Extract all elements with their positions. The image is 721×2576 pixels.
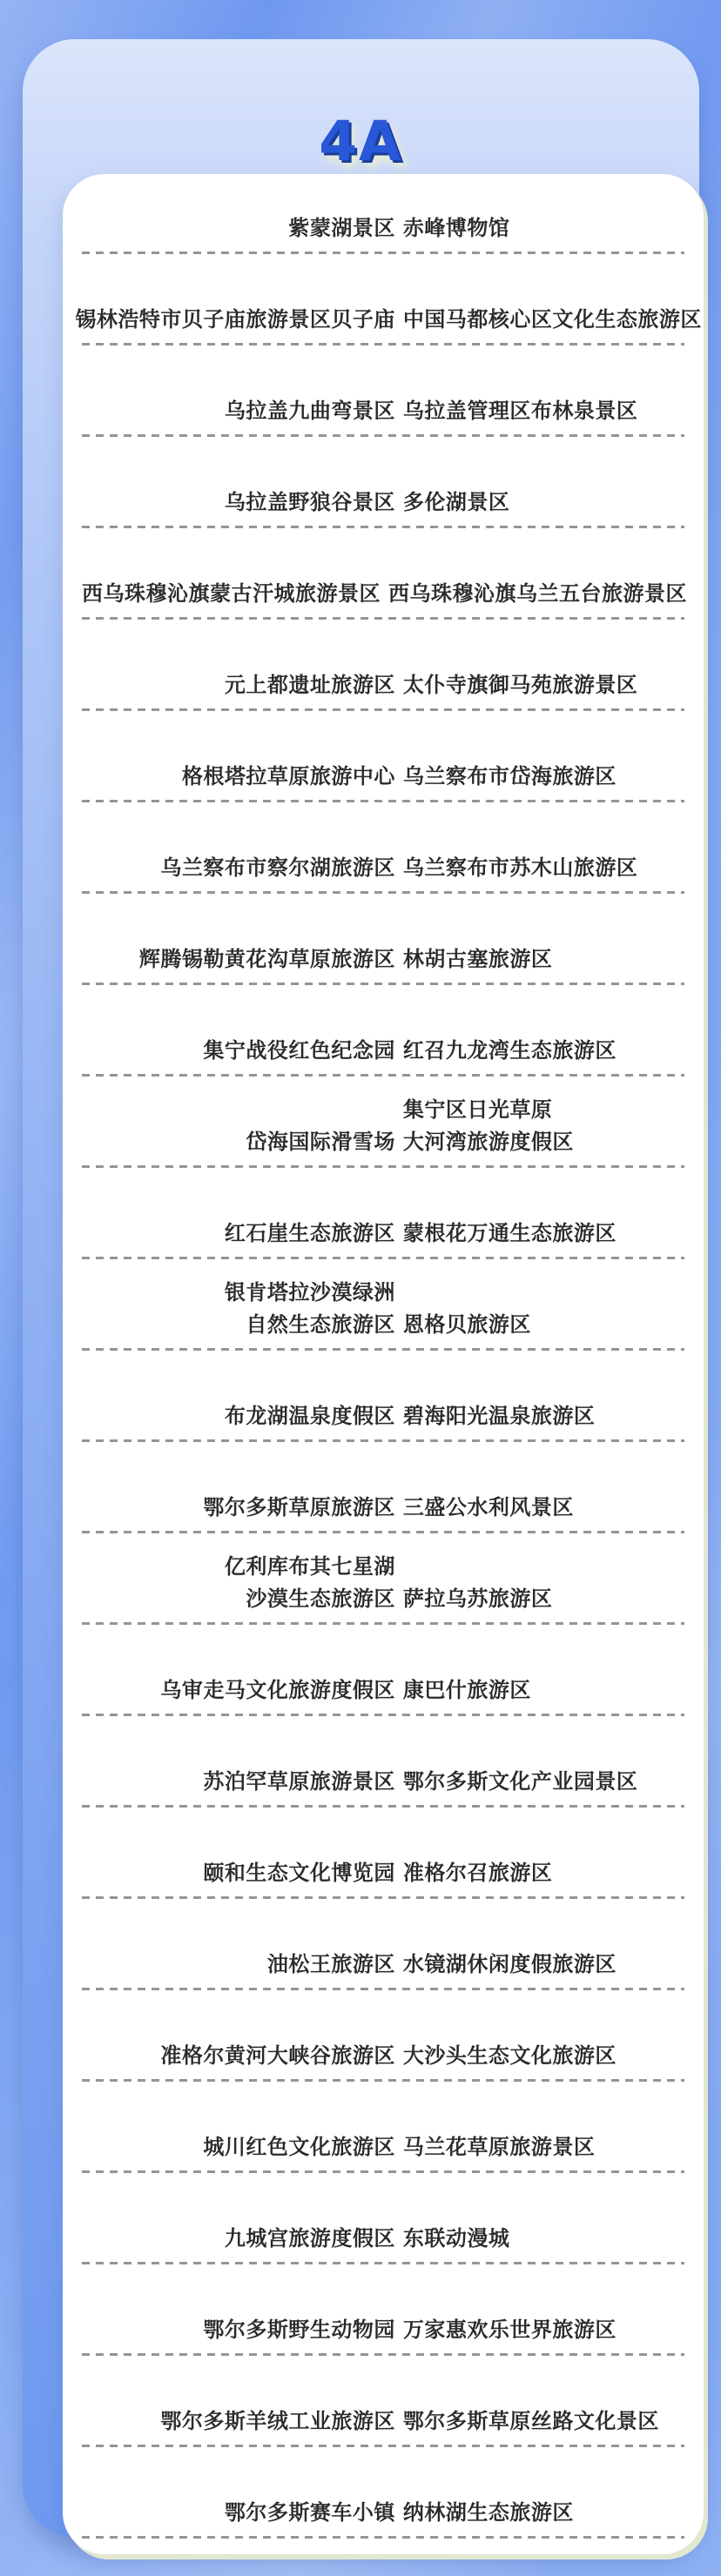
attraction-name: 碧海阳光温泉旅游区 [403, 1400, 596, 1432]
row-right-cell: 准格尔召旅游区 [395, 1857, 684, 1899]
row-right-cell: 集宁区日光草原大河湾旅游度假区 [395, 1094, 684, 1168]
attraction-name: 辉腾锡勒黄花沟草原旅游区 [139, 943, 395, 976]
row-right-cell: 西乌珠穆沁旗乌兰五台旅游景区 [381, 578, 687, 620]
attraction-name: 水镜湖休闲度假旅游区 [403, 1949, 617, 1981]
attraction-name: 准格尔黄河大峡谷旅游区 [160, 2040, 395, 2072]
attraction-name: 元上都遗址旅游区 [225, 669, 395, 701]
row-left-cell: 银肯塔拉沙漠绿洲自然生态旅游区 [82, 1277, 395, 1351]
list-row: 鄂尔多斯赛车小镇纳林湖生态旅游区 [82, 2447, 684, 2539]
attraction-name: 纳林湖生态旅游区 [403, 2497, 574, 2529]
attraction-name: 乌拉盖九曲弯景区 [225, 395, 395, 427]
row-left-cell: 西乌珠穆沁旗蒙古汗城旅游景区 [82, 578, 381, 620]
attraction-name: 鄂尔多斯草原丝路文化景区 [403, 2405, 659, 2438]
attraction-name: 大河湾旅游度假区 [403, 1126, 574, 1158]
attractions-list: 紫蒙湖景区赤峰博物馆锡林浩特市贝子庙旅游景区贝子庙中国马都核心区文化生态旅游区乌… [82, 174, 684, 2539]
list-row: 乌兰察布市察尔湖旅游区乌兰察布市苏木山旅游区 [82, 802, 684, 894]
row-left-cell: 红石崖生态旅游区 [82, 1218, 395, 1259]
row-left-cell: 岱海国际滑雪场 [82, 1126, 395, 1168]
row-right-cell: 赤峰博物馆 [395, 212, 684, 254]
attraction-name: 鄂尔多斯赛车小镇 [225, 2497, 395, 2529]
attraction-name: 西乌珠穆沁旗蒙古汗城旅游景区 [82, 578, 381, 610]
attraction-name: 城川红色文化旅游区 [203, 2131, 395, 2163]
row-right-cell: 林胡古塞旅游区 [395, 943, 684, 985]
attraction-name: 乌审走马文化旅游度假区 [160, 1674, 395, 1707]
list-row: 九城宫旅游度假区东联动漫城 [82, 2173, 684, 2264]
attraction-name: 赤峰博物馆 [403, 212, 510, 245]
attraction-name: 乌兰察布市岱海旅游区 [403, 761, 617, 793]
grade-badge-panel: 4A 紫蒙湖景区赤峰博物馆锡林浩特市贝子庙旅游景区贝子庙中国马都核心区文化生态旅… [23, 39, 699, 2537]
attraction-name: 油松王旅游区 [267, 1949, 395, 1981]
row-right-cell: 恩格贝旅游区 [395, 1309, 684, 1351]
attraction-name: 蒙根花万通生态旅游区 [403, 1218, 617, 1250]
list-row: 城川红色文化旅游区马兰花草原旅游景区 [82, 2082, 684, 2173]
list-row: 布龙湖温泉度假区碧海阳光温泉旅游区 [82, 1351, 684, 1442]
list-row: 集宁战役红色纪念园红召九龙湾生态旅游区 [82, 985, 684, 1077]
row-right-cell: 东联动漫城 [395, 2223, 684, 2264]
attraction-name: 布龙湖温泉度假区 [225, 1400, 395, 1432]
row-right-cell: 康巴什旅游区 [395, 1674, 684, 1716]
row-left-cell: 锡林浩特市贝子庙旅游景区贝子庙 [82, 304, 395, 345]
row-right-cell: 萨拉乌苏旅游区 [395, 1583, 684, 1625]
list-row: 鄂尔多斯羊绒工业旅游区鄂尔多斯草原丝路文化景区 [82, 2356, 684, 2447]
row-left-cell: 苏泊罕草原旅游景区 [82, 1766, 395, 1808]
list-row: 鄂尔多斯草原旅游区三盛公水利风景区 [82, 1442, 684, 1533]
row-left-cell: 亿利库布其七星湖沙漠生态旅游区 [82, 1551, 395, 1625]
row-right-cell: 纳林湖生态旅游区 [395, 2497, 684, 2539]
attraction-name: 西乌珠穆沁旗乌兰五台旅游景区 [388, 578, 687, 610]
list-row: 银肯塔拉沙漠绿洲自然生态旅游区恩格贝旅游区 [82, 1259, 684, 1351]
row-left-cell: 集宁战役红色纪念园 [82, 1035, 395, 1077]
row-right-cell: 多伦湖景区 [395, 486, 684, 528]
attraction-name: 乌拉盖管理区布林泉景区 [403, 395, 638, 427]
attraction-name: 三盛公水利风景区 [403, 1492, 574, 1524]
row-left-cell: 鄂尔多斯草原旅游区 [82, 1492, 395, 1533]
list-row: 紫蒙湖景区赤峰博物馆 [82, 174, 684, 254]
list-row: 元上都遗址旅游区太仆寺旗御马苑旅游景区 [82, 620, 684, 711]
row-right-cell: 大沙头生态文化旅游区 [395, 2040, 684, 2082]
attraction-name: 多伦湖景区 [403, 486, 510, 519]
row-right-cell: 马兰花草原旅游景区 [395, 2131, 684, 2173]
list-row: 准格尔黄河大峡谷旅游区大沙头生态文化旅游区 [82, 1990, 684, 2082]
list-row: 西乌珠穆沁旗蒙古汗城旅游景区西乌珠穆沁旗乌兰五台旅游景区 [82, 528, 684, 620]
attractions-card: 紫蒙湖景区赤峰博物馆锡林浩特市贝子庙旅游景区贝子庙中国马都核心区文化生态旅游区乌… [63, 174, 704, 2554]
attraction-name: 银肯塔拉沙漠绿洲 [225, 1277, 395, 1309]
attraction-name: 东联动漫城 [403, 2223, 510, 2255]
row-right-cell: 中国马都核心区文化生态旅游区 [395, 304, 702, 345]
attraction-name: 乌兰察布市苏木山旅游区 [403, 852, 638, 884]
attraction-name: 九城宫旅游度假区 [225, 2223, 395, 2255]
list-row: 辉腾锡勒黄花沟草原旅游区林胡古塞旅游区 [82, 894, 684, 985]
list-row: 红石崖生态旅游区蒙根花万通生态旅游区 [82, 1168, 684, 1259]
attraction-name: 红召九龙湾生态旅游区 [403, 1035, 617, 1067]
row-left-cell: 鄂尔多斯赛车小镇 [82, 2497, 395, 2539]
attraction-name: 乌拉盖野狼谷景区 [225, 486, 395, 519]
attraction-name: 中国马都核心区文化生态旅游区 [403, 304, 702, 336]
attraction-name: 恩格贝旅游区 [403, 1309, 531, 1341]
attraction-name: 锡林浩特市贝子庙旅游景区贝子庙 [75, 304, 395, 336]
row-right-cell: 鄂尔多斯文化产业园景区 [395, 1766, 684, 1808]
row-left-cell: 油松王旅游区 [82, 1949, 395, 1990]
list-row: 格根塔拉草原旅游中心乌兰察布市岱海旅游区 [82, 711, 684, 802]
row-right-cell: 乌兰察布市苏木山旅游区 [395, 852, 684, 894]
list-row: 鄂尔多斯野生动物园万家惠欢乐世界旅游区 [82, 2264, 684, 2356]
row-left-cell: 准格尔黄河大峡谷旅游区 [82, 2040, 395, 2082]
row-left-cell: 乌兰察布市察尔湖旅游区 [82, 852, 395, 894]
attraction-name: 鄂尔多斯羊绒工业旅游区 [160, 2405, 395, 2438]
page-background: { "title": "4A", "list": { "rows": [ {"l… [0, 0, 721, 2576]
row-left-cell: 鄂尔多斯羊绒工业旅游区 [82, 2405, 395, 2447]
row-left-cell: 鄂尔多斯野生动物园 [82, 2314, 395, 2356]
attraction-name: 乌兰察布市察尔湖旅游区 [160, 852, 395, 884]
list-row: 锡林浩特市贝子庙旅游景区贝子庙中国马都核心区文化生态旅游区 [82, 254, 684, 345]
row-right-cell: 红召九龙湾生态旅游区 [395, 1035, 684, 1077]
row-right-cell: 蒙根花万通生态旅游区 [395, 1218, 684, 1259]
list-row: 苏泊罕草原旅游景区鄂尔多斯文化产业园景区 [82, 1716, 684, 1808]
attraction-name: 准格尔召旅游区 [403, 1857, 553, 1889]
list-row: 油松王旅游区水镜湖休闲度假旅游区 [82, 1899, 684, 1990]
attraction-name: 集宁区日光草原 [403, 1094, 553, 1126]
attraction-name: 沙漠生态旅游区 [246, 1583, 395, 1615]
row-right-cell: 水镜湖休闲度假旅游区 [395, 1949, 684, 1990]
attraction-name: 鄂尔多斯草原旅游区 [203, 1492, 395, 1524]
attraction-name: 苏泊罕草原旅游景区 [203, 1766, 395, 1798]
row-right-cell: 万家惠欢乐世界旅游区 [395, 2314, 684, 2356]
row-left-cell: 颐和生态文化博览园 [82, 1857, 395, 1899]
attraction-name: 颐和生态文化博览园 [203, 1857, 395, 1889]
attraction-name: 鄂尔多斯野生动物园 [203, 2314, 395, 2346]
list-row: 乌拉盖九曲弯景区乌拉盖管理区布林泉景区 [82, 345, 684, 437]
row-right-cell: 碧海阳光温泉旅游区 [395, 1400, 684, 1442]
attraction-name: 格根塔拉草原旅游中心 [182, 761, 395, 793]
attraction-name: 万家惠欢乐世界旅游区 [403, 2314, 617, 2346]
row-left-cell: 九城宫旅游度假区 [82, 2223, 395, 2264]
list-row: 亿利库布其七星湖沙漠生态旅游区萨拉乌苏旅游区 [82, 1533, 684, 1625]
attraction-name: 大沙头生态文化旅游区 [403, 2040, 617, 2072]
list-row: 乌审走马文化旅游度假区康巴什旅游区 [82, 1625, 684, 1716]
list-row: 颐和生态文化博览园准格尔召旅游区 [82, 1808, 684, 1899]
row-left-cell: 辉腾锡勒黄花沟草原旅游区 [82, 943, 395, 985]
attraction-name: 红石崖生态旅游区 [225, 1218, 395, 1250]
list-row: 乌拉盖野狼谷景区多伦湖景区 [82, 437, 684, 528]
row-right-cell: 乌兰察布市岱海旅游区 [395, 761, 684, 802]
attraction-name: 林胡古塞旅游区 [403, 943, 553, 976]
attraction-name: 萨拉乌苏旅游区 [403, 1583, 553, 1615]
row-left-cell: 元上都遗址旅游区 [82, 669, 395, 711]
row-left-cell: 紫蒙湖景区 [82, 212, 395, 254]
attraction-name: 亿利库布其七星湖 [225, 1551, 395, 1583]
row-left-cell: 乌拉盖野狼谷景区 [82, 486, 395, 528]
row-left-cell: 布龙湖温泉度假区 [82, 1400, 395, 1442]
attraction-name: 自然生态旅游区 [246, 1309, 395, 1341]
attraction-name: 康巴什旅游区 [403, 1674, 531, 1707]
attraction-name: 太仆寺旗御马苑旅游景区 [403, 669, 638, 701]
row-right-cell: 太仆寺旗御马苑旅游景区 [395, 669, 684, 711]
attraction-name: 紫蒙湖景区 [288, 212, 395, 245]
row-left-cell: 乌拉盖九曲弯景区 [82, 395, 395, 437]
attraction-name: 集宁战役红色纪念园 [203, 1035, 395, 1067]
row-left-cell: 格根塔拉草原旅游中心 [82, 761, 395, 802]
grade-title: 4A [23, 114, 699, 169]
row-left-cell: 城川红色文化旅游区 [82, 2131, 395, 2173]
attraction-name: 岱海国际滑雪场 [246, 1126, 395, 1158]
row-left-cell: 乌审走马文化旅游度假区 [82, 1674, 395, 1716]
list-row: 岱海国际滑雪场集宁区日光草原大河湾旅游度假区 [82, 1077, 684, 1168]
row-right-cell: 三盛公水利风景区 [395, 1492, 684, 1533]
row-right-cell: 鄂尔多斯草原丝路文化景区 [395, 2405, 684, 2447]
row-right-cell: 乌拉盖管理区布林泉景区 [395, 395, 684, 437]
attraction-name: 马兰花草原旅游景区 [403, 2131, 596, 2163]
attraction-name: 鄂尔多斯文化产业园景区 [403, 1766, 638, 1798]
